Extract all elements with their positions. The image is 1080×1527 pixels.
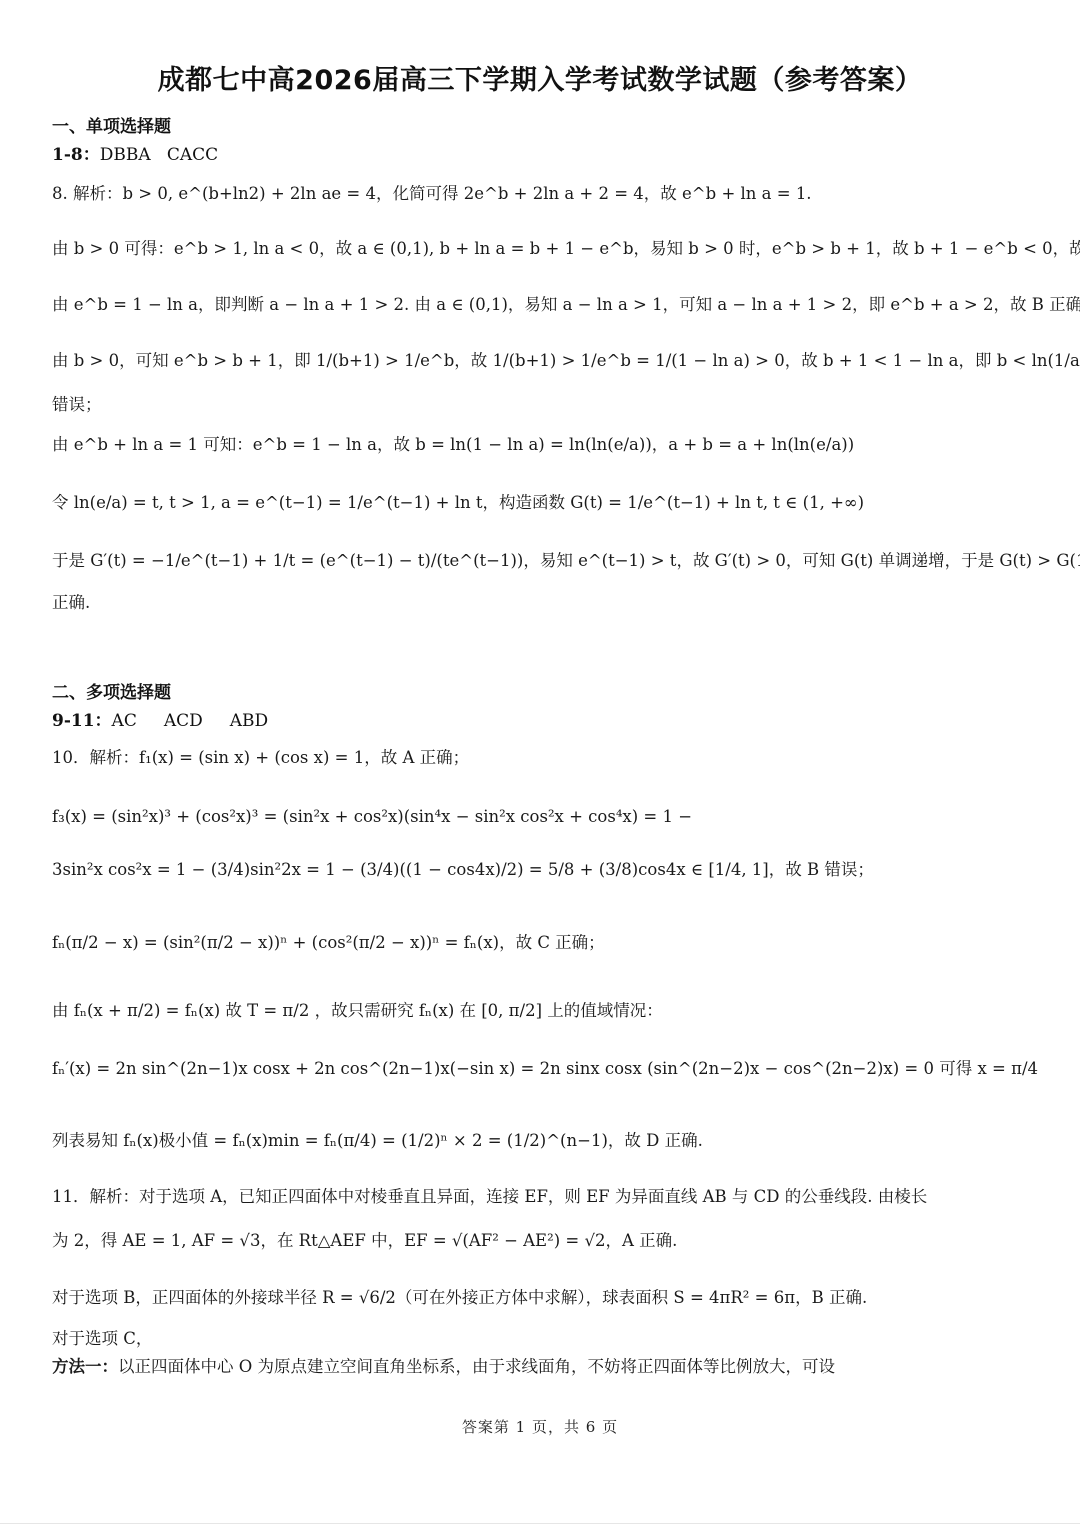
q10-line-6: fₙ′(x) = 2n sin^(2n−1)x cosx + 2n cos^(2… [52, 1058, 1030, 1080]
q10-line-5: 由 fₙ(x + π/2) = fₙ(x) 故 T = π/2 ，故只需研究 f… [52, 1000, 1030, 1022]
q11-line-4: 对于选项 C， [52, 1328, 1030, 1350]
q8-line-7: 令 ln(e/a) = t, t > 1, a = e^(t−1) = 1/e^… [52, 492, 1030, 514]
answers-1-8-value: DBBA CACC [100, 145, 218, 165]
q10-line-3: 3sin²x cos²x = 1 − (3/4)sin²2x = 1 − (3/… [52, 859, 1030, 881]
bottom-divider [0, 1523, 1080, 1524]
method-1-text: 以正四面体中心 O 为原点建立空间直角坐标系，由于求线面角，不妨将正四面体等比例… [118, 1357, 835, 1376]
page-title: 成都七中高2026届高三下学期入学考试数学试题（参考答案） [0, 58, 1080, 97]
q8-line-2: 由 b > 0 可得：e^b > 1, ln a < 0，故 a ∈ (0,1)… [52, 238, 1030, 260]
q11-line-3: 对于选项 B，正四面体的外接球半径 R = √6/2（可在外接正方体中求解），球… [52, 1287, 1030, 1309]
answers-9-11: 9-11：AC ACD ABD [52, 706, 268, 731]
q8-line-4: 由 b > 0，可知 e^b > b + 1，即 1/(b+1) > 1/e^b… [52, 350, 1030, 372]
answer-page: 成都七中高2026届高三下学期入学考试数学试题（参考答案） 一、单项选择题 1-… [0, 0, 1080, 1527]
method-1-label: 方法一： [52, 1357, 118, 1376]
answers-9-11-value: AC ACD ABD [112, 711, 269, 731]
q10-line-4: fₙ(π/2 − x) = (sin²(π/2 − x))ⁿ + (cos²(π… [52, 932, 1030, 954]
q8-line-3: 由 e^b = 1 − ln a，即判断 a − ln a + 1 > 2. 由… [52, 294, 1030, 316]
q10-line-2: f₃(x) = (sin²x)³ + (cos²x)³ = (sin²x + c… [52, 806, 1030, 828]
answers-9-11-label: 9-11： [52, 711, 112, 731]
q8-line-6: 由 e^b + ln a = 1 可知：e^b = 1 − ln a，故 b =… [52, 434, 1030, 456]
q11-line-2: 为 2，得 AE = 1, AF = √3，在 Rt△AEF 中，EF = √(… [52, 1230, 1030, 1252]
answers-1-8: 1-8：DBBA CACC [52, 140, 218, 165]
q8-line-5: 错误； [52, 394, 1030, 416]
q8-line-1: 8. 解析：b > 0, e^(b+ln2) + 2ln ae = 4，化简可得… [52, 183, 1030, 205]
section-heading-single-choice: 一、单项选择题 [52, 112, 171, 137]
q8-line-8: 于是 G′(t) = −1/e^(t−1) + 1/t = (e^(t−1) −… [52, 550, 1030, 572]
page-footer: 答案第 1 页，共 6 页 [0, 1416, 1080, 1437]
q11-method-1: 方法一：以正四面体中心 O 为原点建立空间直角坐标系，由于求线面角，不妨将正四面… [52, 1356, 1030, 1378]
answers-1-8-label: 1-8： [52, 145, 100, 165]
q10-line-1: 10．解析：f₁(x) = (sin x) + (cos x) = 1，故 A … [52, 747, 1030, 769]
q8-line-9: 正确. [52, 592, 1030, 614]
section-heading-multi-choice: 二、多项选择题 [52, 678, 171, 703]
q11-line-1: 11．解析：对于选项 A，已知正四面体中对棱垂直且异面，连接 EF，则 EF 为… [52, 1186, 1030, 1208]
q10-line-7: 列表易知 fₙ(x)极小值 = fₙ(x)min = fₙ(π/4) = (1/… [52, 1130, 1030, 1152]
